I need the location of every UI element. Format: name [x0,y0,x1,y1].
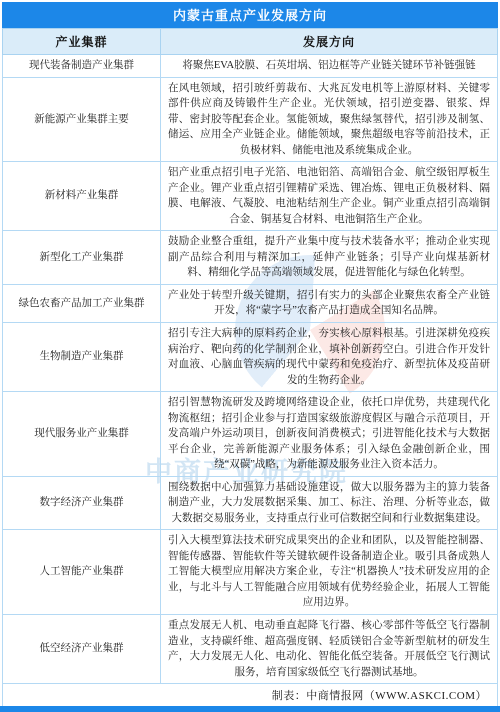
direction-cell: 在风电领域，招引玻纤剪裁布、大兆瓦发电机等上游原材料、关键零部件供应商及铸锻件生… [161,77,498,162]
column-header-cluster: 产业集群 [3,29,161,55]
cluster-cell: 生物制造产业集群 [3,322,161,391]
table-row: 人工智能产业集群引入大模型算法技术研究成果突出的企业和团队，以及智能控制器、智能… [3,530,498,615]
bottom-accent-bar [0,706,500,712]
table-row: 现代服务业产业集群招引智慧物流研发及跨境网络建设企业，依托口岸优势，共建现代化物… [3,392,498,477]
cluster-cell: 人工智能产业集群 [3,530,161,615]
direction-cell: 招引专注大病种的原料药企业，夯实核心原料根基。引进深耕免疫疾病治疗、靶向药的化学… [161,322,498,391]
direction-cell: 围绕数据中心加强算力基础设施建设，做大以服务器为主的算力装备制造产业，大力发展数… [161,476,498,530]
cluster-cell: 低空经济产业集群 [3,615,161,684]
table-row: 低空经济产业集群重点发展无人机、电动垂直起降飞行器、核心零部件等低空飞行器制造业… [3,615,498,684]
table-row: 新型化工产业集群鼓励企业整合重组，提升产业集中度与技术装备水平；推动企业实现副产… [3,231,498,285]
cluster-cell: 新型化工产业集群 [3,231,161,285]
table-row: 数字经济产业集群围绕数据中心加强算力基础设施建设，做大以服务器为主的算力装备制造… [3,476,498,530]
cluster-cell: 现代服务业产业集群 [3,392,161,477]
table-row: 生物制造产业集群招引专注大病种的原料药企业，夯实核心原料根基。引进深耕免疫疾病治… [3,322,498,391]
cluster-cell: 绿色农畜产品加工产业集群 [3,284,161,322]
cluster-cell: 数字经济产业集群 [3,476,161,530]
cluster-cell: 现代装备制造产业集群 [3,55,161,78]
table-row: 新材料产业集群铝产业重点招引电子光箔、电池铝箔、高端铝合金、航空级铝厚板生产企业… [3,162,498,231]
cluster-cell: 新材料产业集群 [3,162,161,231]
direction-cell: 重点发展无人机、电动垂直起降飞行器、核心零部件等低空飞行器制造业，支持碳纤维、超… [161,615,498,684]
industry-table: 产业集群 发展方向 现代装备制造产业集群将聚焦EVA胶膜、石英坩埚、铝边框等产业… [2,28,498,684]
direction-cell: 产业处于转型升级关键期，招引有实力的头部企业聚焦农畜全产业链开发，将“蒙字号”农… [161,284,498,322]
direction-cell: 引入大模型算法技术研究成果突出的企业和团队，以及智能控制器、智能传感器、智能软件… [161,530,498,615]
direction-cell: 铝产业重点招引电子光箔、电池铝箔、高端铝合金、航空级铝厚板生产企业。锂产业重点招… [161,162,498,231]
direction-cell: 鼓励企业整合重组，提升产业集中度与技术装备水平；推动企业实现副产品综合利用与精深… [161,231,498,285]
infographic-page: 中商产业研究院 内蒙古重点产业发展方向 产业集群 发展方向 现代装备制造产业集群… [0,0,500,712]
table-body: 现代装备制造产业集群将聚焦EVA胶膜、石英坩埚、铝边框等产业链关键环节补链强链新… [3,55,498,684]
cluster-cell: 新能源产业集群主要 [3,77,161,162]
table-row: 绿色农畜产品加工产业集群产业处于转型升级关键期，招引有实力的头部企业聚焦农畜全产… [3,284,498,322]
direction-cell: 将聚焦EVA胶膜、石英坩埚、铝边框等产业链关键环节补链强链 [161,55,498,78]
direction-cell: 招引智慧物流研发及跨境网络建设企业，依托口岸优势，共建现代化物流枢纽；招引企业参… [161,392,498,477]
column-header-direction: 发展方向 [161,29,498,55]
table-row: 新能源产业集群主要在风电领域，招引玻纤剪裁布、大兆瓦发电机等上游原材料、关键零部… [3,77,498,162]
table-header: 产业集群 发展方向 [3,29,498,55]
source-credit: 制表：中商情报网（WWW.ASKCI.COM） [2,684,498,706]
page-title: 内蒙古重点产业发展方向 [2,2,498,28]
table-row: 现代装备制造产业集群将聚焦EVA胶膜、石英坩埚、铝边框等产业链关键环节补链强链 [3,55,498,78]
